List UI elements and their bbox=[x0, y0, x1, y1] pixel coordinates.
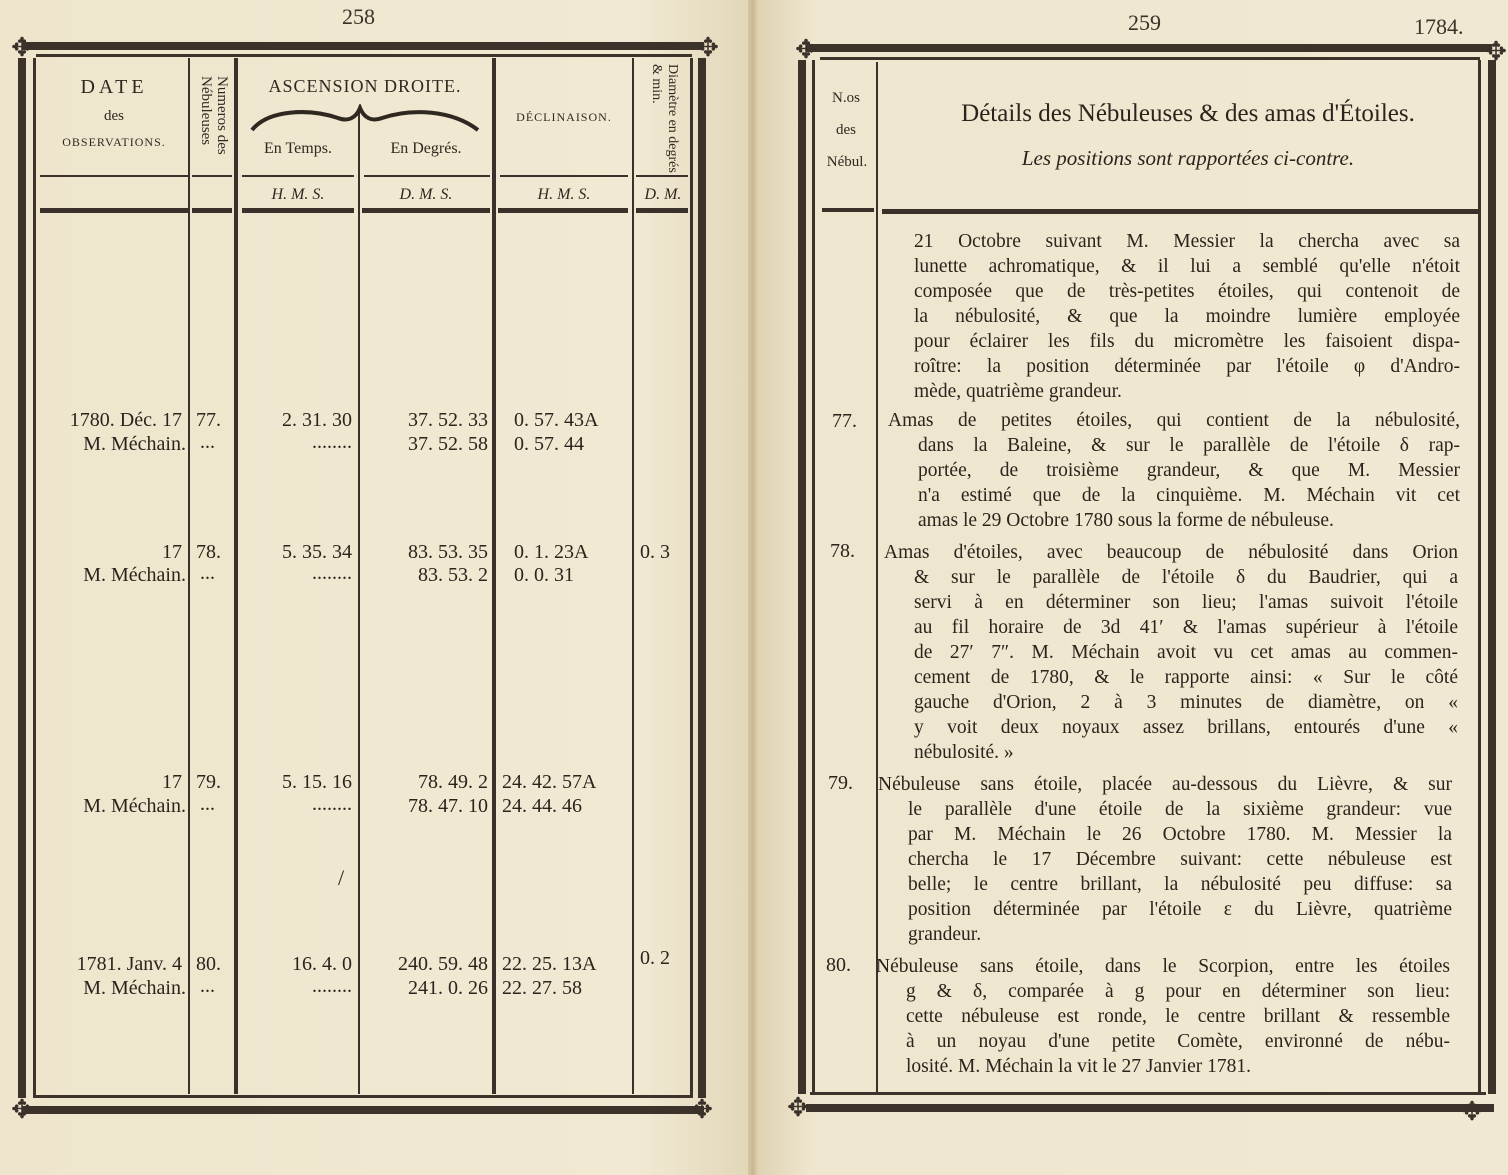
frame-top-thick bbox=[22, 42, 704, 50]
entry-number: 79. bbox=[828, 772, 853, 795]
text-line: chercha le 17 Décembre suivant: cette né… bbox=[878, 847, 1452, 872]
header-en-temps: En Temps. bbox=[240, 140, 356, 158]
frame-right-thin bbox=[690, 58, 693, 1098]
ra-temps: 16. 4. 0 bbox=[240, 952, 352, 976]
obs-date: 17 bbox=[40, 770, 182, 794]
text-line: grandeur. bbox=[878, 922, 1452, 947]
observer: M. Méchain. bbox=[40, 563, 186, 587]
text-line: & sur le parallèle de l'étoile δ du Baud… bbox=[884, 565, 1458, 590]
ra-temps: 2. 31. 30 bbox=[240, 408, 352, 432]
nebula-number: 79. bbox=[196, 770, 221, 794]
header-rule-heavy bbox=[498, 208, 628, 213]
unit-ra-degres: D. M. S. bbox=[362, 186, 490, 204]
text-line: belle; le centre brillant, la nébulosité… bbox=[878, 872, 1452, 897]
entry-number: 77. bbox=[832, 410, 857, 433]
declinaison: 24. 42. 57A bbox=[502, 770, 596, 794]
obs-date: 1780. Déc. 17 bbox=[40, 408, 182, 432]
text-line: Nébuleuse sans étoile, dans le Scorpion,… bbox=[876, 954, 1450, 979]
declinaison-2: 0. 57. 44 bbox=[514, 432, 584, 456]
header-rule-heavy bbox=[882, 209, 1478, 214]
text-line: pour éclairer les fils du micromètre les… bbox=[914, 329, 1460, 354]
page-subtitle: Les positions sont rapportées ci-contre. bbox=[888, 146, 1488, 171]
text-line: la nébulosité, & que la moindre lumière … bbox=[914, 304, 1460, 329]
header-en-degres: En Degrés. bbox=[362, 140, 490, 158]
nebula-number-ditto: ... bbox=[200, 792, 215, 816]
text-line: portée, de troisième grandeur, & que M. … bbox=[888, 458, 1460, 483]
declinaison: 0. 1. 23A bbox=[514, 540, 588, 564]
text-line: 21 Octobre suivant M. Messier la chercha… bbox=[914, 229, 1460, 254]
frame-right-thick bbox=[698, 58, 706, 1098]
header-ascension-droite: Ascension droite. bbox=[240, 76, 490, 97]
brace-icon bbox=[248, 104, 488, 134]
text-line: nébulosité. » bbox=[884, 740, 1458, 765]
ra-degres-2: 83. 53. 2 bbox=[362, 563, 488, 587]
text-line: mède, quatrième grandeur. bbox=[914, 379, 1460, 404]
page-title: Détails des Nébuleuses & des amas d'Étoi… bbox=[888, 100, 1488, 128]
ra-temps-ditto: ........ bbox=[240, 561, 352, 585]
declinaison: 0. 57. 43A bbox=[514, 408, 598, 432]
text-line: roître: la position déterminée par l'éto… bbox=[914, 354, 1460, 379]
header-numeros: Numeros des Nébuleuses bbox=[198, 76, 230, 172]
fleuron-icon: ✥ bbox=[1482, 38, 1508, 66]
entry-77: Amas de petites étoiles, qui contient de… bbox=[888, 408, 1460, 533]
nebula-number: 77. bbox=[196, 408, 221, 432]
ra-degres: 78. 49. 2 bbox=[362, 770, 488, 794]
frame-left-thick bbox=[18, 58, 26, 1098]
header-date: DATE bbox=[40, 76, 188, 99]
declinaison: 22. 25. 13A bbox=[502, 952, 596, 976]
header-declinaison: Déclinaison. bbox=[498, 110, 630, 125]
col-divider-date bbox=[188, 58, 190, 1094]
unit-declinaison: H. M. S. bbox=[498, 186, 630, 204]
col-divider-numero bbox=[234, 58, 238, 1094]
text-line: Amas d'étoiles, avec beaucoup de nébulos… bbox=[884, 540, 1458, 565]
header-rule bbox=[500, 175, 628, 177]
diametre: 0. 2 bbox=[640, 946, 670, 970]
nebula-number: 80. bbox=[196, 952, 221, 976]
header-rule bbox=[192, 175, 232, 177]
col-divider-ra-decl bbox=[492, 58, 496, 1094]
frame-bottom-thin bbox=[36, 1095, 692, 1098]
frame-bottom-thin bbox=[810, 1092, 1486, 1095]
obs-date: 17 bbox=[40, 540, 182, 564]
declinaison-2: 0. 0. 31 bbox=[514, 563, 574, 587]
ra-degres: 37. 52. 33 bbox=[362, 408, 488, 432]
fleuron-icon: ✥ bbox=[784, 1094, 812, 1122]
fleuron-icon: ✥ bbox=[694, 34, 722, 62]
header-rule bbox=[636, 175, 688, 177]
diametre: 0. 3 bbox=[640, 540, 670, 564]
header-des: des bbox=[818, 122, 874, 139]
ra-temps-ditto: ........ bbox=[240, 430, 352, 454]
unit-diametre: D. M. bbox=[636, 186, 690, 204]
year-header: 1784. bbox=[1414, 14, 1464, 40]
page-number-left: 258 bbox=[342, 4, 375, 30]
observer: M. Méchain. bbox=[40, 976, 186, 1000]
text-line: dans la Baleine, & sur le parallèle de l… bbox=[888, 433, 1460, 458]
stray-mark: / bbox=[338, 866, 344, 890]
header-diametre: Diamètre en degrés & min. bbox=[648, 64, 680, 174]
text-line: Nébuleuse sans étoile, placée au-dessous… bbox=[878, 772, 1452, 797]
ra-degres-2: 37. 52. 58 bbox=[362, 432, 488, 456]
text-line: g & δ, comparée à g pour en déterminer s… bbox=[876, 979, 1450, 1004]
obs-date: 1781. Janv. 4 bbox=[36, 952, 182, 976]
observer: M. Méchain. bbox=[40, 432, 186, 456]
declinaison-2: 24. 44. 46 bbox=[502, 794, 582, 818]
entry-continuation: 21 Octobre suivant M. Messier la chercha… bbox=[914, 229, 1460, 404]
ra-temps: 5. 15. 16 bbox=[240, 770, 352, 794]
text-line: gauche d'Orion, 2 à 3 minutes de diamètr… bbox=[884, 690, 1458, 715]
text-line: composée que de très-petites étoiles, qu… bbox=[914, 279, 1460, 304]
text-line: cette nébuleuse est ronde, le centre bri… bbox=[876, 1004, 1450, 1029]
entry-number: 80. bbox=[826, 954, 851, 977]
text-line: position déterminée par l'étoile ε du Li… bbox=[878, 897, 1452, 922]
ra-degres: 83. 53. 35 bbox=[362, 540, 488, 564]
declinaison-2: 22. 27. 58 bbox=[502, 976, 582, 1000]
header-rule-heavy bbox=[362, 208, 490, 213]
fleuron-icon: ✥ bbox=[1458, 1098, 1486, 1126]
text-line: au fil horaire de 3d 41′ & l'amas supéri… bbox=[884, 615, 1458, 640]
text-line: cement de 1780, & le rapporte ainsi: « S… bbox=[884, 665, 1458, 690]
frame-left-thick bbox=[798, 60, 806, 1094]
entry-79: Nébuleuse sans étoile, placée au-dessous… bbox=[878, 772, 1452, 947]
frame-left-thin bbox=[812, 60, 815, 1094]
entry-78: Amas d'étoiles, avec beaucoup de nébulos… bbox=[884, 540, 1458, 765]
header-rule bbox=[40, 175, 188, 177]
ra-temps-ditto: ........ bbox=[240, 974, 352, 998]
frame-bottom-thick bbox=[22, 1106, 704, 1114]
entry-number: 78. bbox=[830, 540, 855, 563]
col-divider-decl bbox=[632, 58, 634, 1094]
header-rule bbox=[242, 175, 354, 177]
ra-degres: 240. 59. 48 bbox=[362, 952, 488, 976]
fleuron-icon: ✥ bbox=[8, 34, 36, 62]
fleuron-icon: ✥ bbox=[688, 1096, 716, 1124]
text-line: lunette achromatique, & il lui a semblé … bbox=[914, 254, 1460, 279]
observer: M. Méchain. bbox=[40, 794, 186, 818]
nebula-number-ditto: ... bbox=[200, 974, 215, 998]
header-rule bbox=[364, 175, 490, 177]
text-line: amas le 29 Octobre 1780 sous la forme de… bbox=[888, 508, 1460, 533]
text-line: y voit deux noyaux assez brillans, entou… bbox=[884, 715, 1458, 740]
nebula-number-ditto: ... bbox=[200, 561, 215, 585]
fleuron-icon: ✥ bbox=[8, 1096, 36, 1124]
col-divider-ra bbox=[358, 108, 360, 1094]
frame-top-thick bbox=[806, 44, 1492, 52]
header-rule-heavy bbox=[192, 208, 232, 213]
text-line: n'a estimé que de la cinquième. M. Mécha… bbox=[888, 483, 1460, 508]
header-rule-heavy bbox=[40, 208, 188, 213]
text-line: servi à en déterminer son lieu; l'amas s… bbox=[884, 590, 1458, 615]
ra-temps-ditto: ........ bbox=[240, 792, 352, 816]
frame-top-thin bbox=[820, 57, 1480, 60]
frame-bottom-thick bbox=[806, 1104, 1494, 1112]
text-line: de 27′ 7″. M. Méchain avoit vu cet amas … bbox=[884, 640, 1458, 665]
text-line: par M. Méchain le 26 Octobre 1780. M. Me… bbox=[878, 822, 1452, 847]
header-date-des: des bbox=[40, 108, 188, 125]
header-nebul: Nébul. bbox=[818, 154, 876, 171]
frame-left-thin bbox=[33, 58, 36, 1098]
fleuron-icon: ✥ bbox=[792, 36, 820, 64]
ra-degres-2: 241. 0. 26 bbox=[362, 976, 488, 1000]
text-line: à un noyau d'une petite Comète, environn… bbox=[876, 1029, 1450, 1054]
header-observations: Observations. bbox=[40, 135, 188, 150]
entry-80: Nébuleuse sans étoile, dans le Scorpion,… bbox=[876, 954, 1450, 1079]
nebula-number-ditto: ... bbox=[200, 430, 215, 454]
text-line: Amas de petites étoiles, qui contient de… bbox=[888, 408, 1460, 433]
header-rule-heavy bbox=[636, 208, 688, 213]
text-line: losité. M. Méchain la vit le 27 Janvier … bbox=[876, 1054, 1450, 1079]
ra-degres-2: 78. 47. 10 bbox=[362, 794, 488, 818]
header-rule-heavy bbox=[822, 208, 874, 212]
page-number-right: 259 bbox=[1128, 10, 1161, 36]
frame-right-thin bbox=[1478, 60, 1481, 1094]
header-nos: N.os bbox=[818, 90, 874, 107]
text-line: le parallèle d'une étoile de la sixième … bbox=[878, 797, 1452, 822]
frame-top-thin bbox=[36, 54, 692, 57]
unit-ra-temps: H. M. S. bbox=[240, 186, 356, 204]
frame-right-thick bbox=[1488, 60, 1496, 1094]
header-rule-heavy bbox=[242, 208, 354, 213]
book-gutter bbox=[748, 0, 758, 1175]
